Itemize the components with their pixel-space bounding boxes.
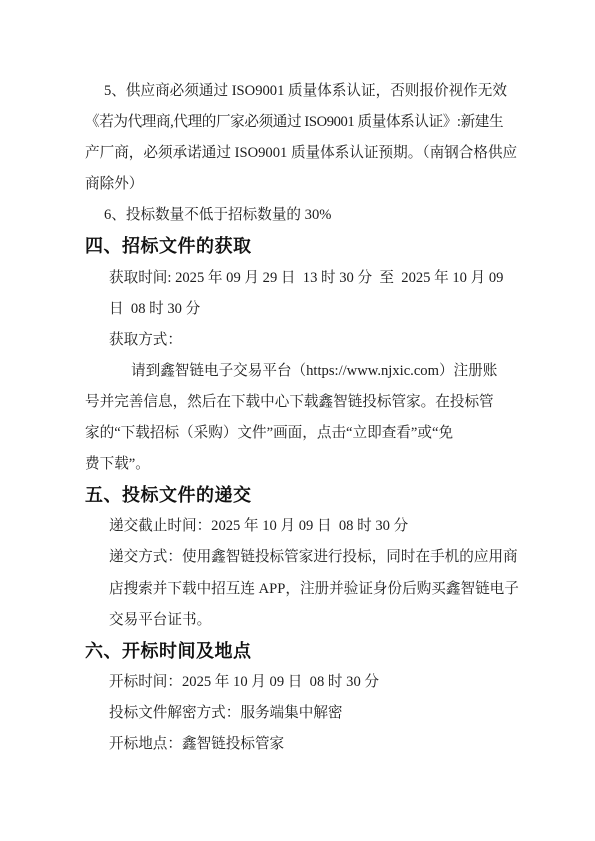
section-heading-4: 四、招标文件的获取	[85, 231, 513, 262]
acquire-method-label: 获取方式：	[85, 325, 513, 356]
acquire-time-line: 获取时间: 2025 年 09 月 29 日 13 时 30 分 至 2025 …	[85, 263, 513, 294]
acquire-method-line: 家的“下载招标（采购）文件”画面，点击“立即查看”或“免	[85, 418, 513, 449]
submit-deadline-line: 递交截止时间：2025 年 10 月 09 日 08 时 30 分	[85, 511, 513, 542]
clause-5-line: 《若为代理商,代理的厂家必须通过 ISO9001 质量体系认证》:新建生	[85, 107, 513, 138]
open-time-line: 开标时间：2025 年 10 月 09 日 08 时 30 分	[85, 667, 513, 698]
section-heading-6: 六、开标时间及地点	[85, 636, 513, 667]
submit-method-line: 交易平台证书。	[85, 605, 513, 636]
document-content: 5、供应商必须通过 ISO9001 质量体系认证，否则报价视作无效 《若为代理商…	[85, 76, 513, 760]
decrypt-method-line: 投标文件解密方式：服务端集中解密	[85, 698, 513, 729]
open-location-line: 开标地点：鑫智链投标管家	[85, 729, 513, 760]
clause-5-line: 5、供应商必须通过 ISO9001 质量体系认证，否则报价视作无效	[85, 76, 513, 107]
tender-document-page: 5、供应商必须通过 ISO9001 质量体系认证，否则报价视作无效 《若为代理商…	[0, 0, 595, 841]
clause-5-line: 产厂商，必须承诺通过 ISO9001 质量体系认证预期。（南钢合格供应	[85, 138, 513, 169]
acquire-method-line: 费下载”。	[85, 449, 513, 480]
submit-method-line: 递交方式：使用鑫智链投标管家进行投标，同时在手机的应用商	[85, 542, 513, 573]
clause-6-line: 6、投标数量不低于招标数量的 30%	[85, 200, 513, 231]
clause-5-line: 商除外）	[85, 169, 513, 200]
acquire-method-line: 请到鑫智链电子交易平台（https://www.njxic.com）注册账	[85, 356, 513, 387]
submit-method-line: 店搜索并下载中招互连 APP，注册并验证身份后购买鑫智链电子	[85, 574, 513, 605]
section-heading-5: 五、投标文件的递交	[85, 480, 513, 511]
acquire-method-line: 号并完善信息，然后在下载中心下载鑫智链投标管家。在投标管	[85, 387, 513, 418]
acquire-time-line: 日 08 时 30 分	[85, 294, 513, 325]
